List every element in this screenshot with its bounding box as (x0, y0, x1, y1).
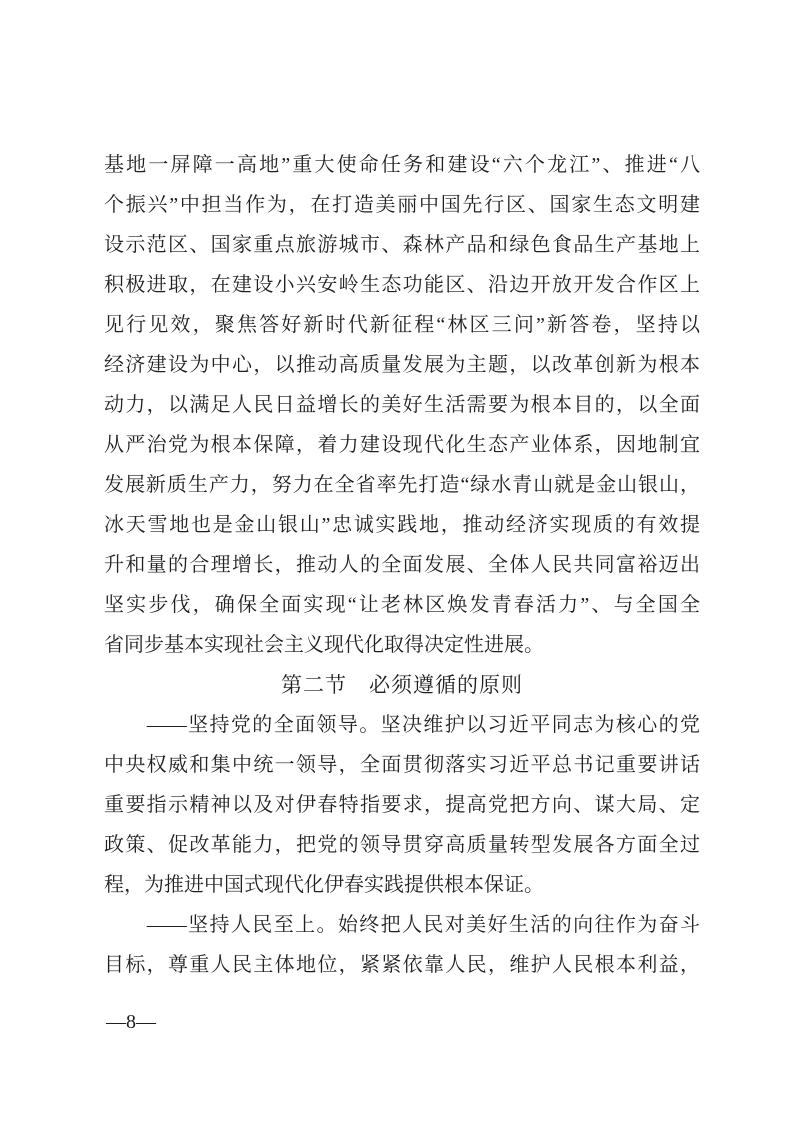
text-line: ——坚持党的全面领导。坚决维护以习近平同志为核心的党 (104, 705, 700, 745)
text-line: 动力，以满足人民日益增长的美好生活需要为根本目的，以全面 (104, 385, 700, 425)
paragraph-party-leadership: ——坚持党的全面领导。坚决维护以习近平同志为核心的党中央权威和集中统一领导，全面… (104, 705, 700, 905)
paragraph-mission-continuation: 基地一屏障一高地”重大使命任务和建设“六个龙江”、推进“八个振兴”中担当作为，在… (104, 145, 700, 665)
text-line: 冰天雪地也是金山银山”忠诚实践地，推动经济实现质的有效提 (104, 505, 700, 545)
text-line: 基地一屏障一高地”重大使命任务和建设“六个龙江”、推进“八 (104, 145, 700, 185)
page-body: 基地一屏障一高地”重大使命任务和建设“六个龙江”、推进“八个振兴”中担当作为，在… (104, 145, 700, 985)
text-line: ——坚持人民至上。始终把人民对美好生活的向往作为奋斗 (104, 905, 700, 945)
text-line: 见行见效，聚焦答好新时代新征程“林区三问”新答卷，坚持以 (104, 305, 700, 345)
text-line: 坚实步伐，确保全面实现“让老林区焕发青春活力”、与全国全 (104, 585, 700, 625)
document-page: 基地一屏障一高地”重大使命任务和建设“六个龙江”、推进“八个振兴”中担当作为，在… (0, 0, 793, 1122)
text-line: 从严治党为根本保障，着力建设现代化生态产业体系，因地制宜 (104, 425, 700, 465)
text-line: 设示范区、国家重点旅游城市、森林产品和绿色食品生产基地上 (104, 225, 700, 265)
text-line: 发展新质生产力，努力在全省率先打造“绿水青山就是金山银山， (104, 465, 700, 505)
text-line: 个振兴”中担当作为，在打造美丽中国先行区、国家生态文明建 (104, 185, 700, 225)
page-footer: —8— (106, 1008, 156, 1036)
section-heading: 第二节 必须遵循的原则 (104, 665, 700, 705)
paragraph-people-first: ——坚持人民至上。始终把人民对美好生活的向往作为奋斗目标，尊重人民主体地位，紧紧… (104, 905, 700, 985)
text-line: 省同步基本实现社会主义现代化取得决定性进展。 (104, 625, 700, 665)
text-line: 升和量的合理增长，推动人的全面发展、全体人民共同富裕迈出 (104, 545, 700, 585)
text-line: 经济建设为中心，以推动高质量发展为主题，以改革创新为根本 (104, 345, 700, 385)
text-line: 积极进取，在建设小兴安岭生态功能区、沿边开放开发合作区上 (104, 265, 700, 305)
text-line: 目标，尊重人民主体地位，紧紧依靠人民，维护人民根本利益， (104, 945, 700, 985)
text-line: 程，为推进中国式现代化伊春实践提供根本保证。 (104, 865, 700, 905)
text-line: 重要指示精神以及对伊春特指要求，提高党把方向、谋大局、定 (104, 785, 700, 825)
text-line: 中央权威和集中统一领导，全面贯彻落实习近平总书记重要讲话 (104, 745, 700, 785)
page-number: —8— (106, 1011, 156, 1033)
text-line: 政策、促改革能力，把党的领导贯穿高质量转型发展各方面全过 (104, 825, 700, 865)
